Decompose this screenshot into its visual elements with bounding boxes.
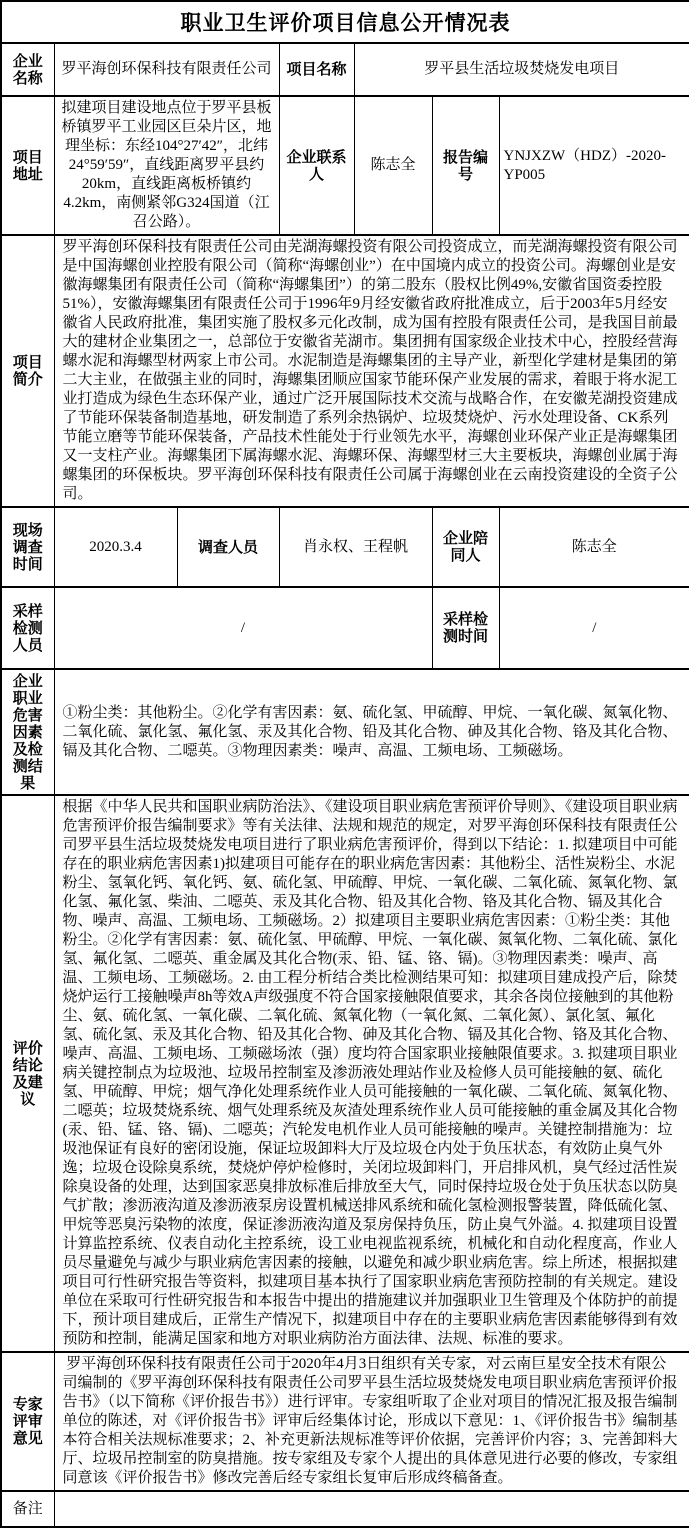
field-value-investigators: 肖永权、王程帆 (279, 507, 432, 587)
field-label-company-contact: 企业联系人 (279, 96, 354, 235)
field-value-sampling-date: / (499, 587, 689, 669)
field-label-project-address: 项目地址 (1, 96, 54, 235)
field-value-evaluation-conclusion: 根据《中华人民共和国职业病防治法》、《建设项目职业病危害预评价导则》、《建设项目… (54, 795, 689, 1352)
field-label-hazard-factors: 企业职业危害因素及检测结果 (1, 669, 54, 795)
page-title: 职业卫生评价项目信息公开情况表 (1, 1, 689, 43)
field-value-report-number: YNJXZW（HDZ）-2020-YP005 (499, 96, 689, 235)
field-label-investigators: 调查人员 (177, 507, 279, 587)
occupational-health-disclosure-document: 职业卫生评价项目信息公开情况表 企业名称 罗平海创环保科技有限责任公司 项目名称… (0, 0, 689, 1528)
field-value-project-address: 拟建项目建设地点位于罗平县板桥镇罗平工业园区巨朵片区，地理坐标：东经104°27… (54, 96, 279, 235)
field-value-company-name: 罗平海创环保科技有限责任公司 (54, 43, 279, 96)
field-label-sampling-date: 采样检测时间 (432, 587, 499, 669)
field-label-remarks: 备注 (1, 1491, 54, 1527)
field-value-expert-review: 罗平海创环保科技有限责任公司于2020年4月3日组织有关专家，对云南巨星安全技术… (54, 1352, 689, 1491)
field-value-remarks (54, 1491, 689, 1527)
field-label-evaluation-conclusion: 评价结论及建议 (1, 795, 54, 1352)
field-value-survey-date: 2020.3.4 (54, 507, 177, 587)
field-label-company-name: 企业名称 (1, 43, 54, 96)
field-label-project-name: 项目名称 (279, 43, 354, 96)
field-value-company-contact: 陈志全 (354, 96, 432, 235)
field-value-sampling-staff: / (54, 587, 432, 669)
field-label-sampling-staff: 采样检测人员 (1, 587, 54, 669)
field-label-survey-date: 现场调查时间 (1, 507, 54, 587)
field-label-expert-review: 专家评审意见 (1, 1352, 54, 1491)
field-value-company-escort: 陈志全 (499, 507, 689, 587)
disclosure-table: 职业卫生评价项目信息公开情况表 企业名称 罗平海创环保科技有限责任公司 项目名称… (0, 0, 689, 1528)
field-value-project-profile: 罗平海创环保科技有限责任公司由芜湖海螺投资有限公司投资成立，而芜湖海螺投资有限公… (54, 235, 689, 507)
field-label-report-number: 报告编号 (432, 96, 499, 235)
field-value-project-name: 罗平县生活垃圾焚烧发电项目 (354, 43, 689, 96)
field-label-project-profile: 项目简介 (1, 235, 54, 507)
field-value-hazard-factors: ①粉尘类：其他粉尘。②化学有害因素：氨、硫化氢、甲硫醇、甲烷、一氧化碳、氮氧化物… (54, 669, 689, 795)
field-label-company-escort: 企业陪同人 (432, 507, 499, 587)
